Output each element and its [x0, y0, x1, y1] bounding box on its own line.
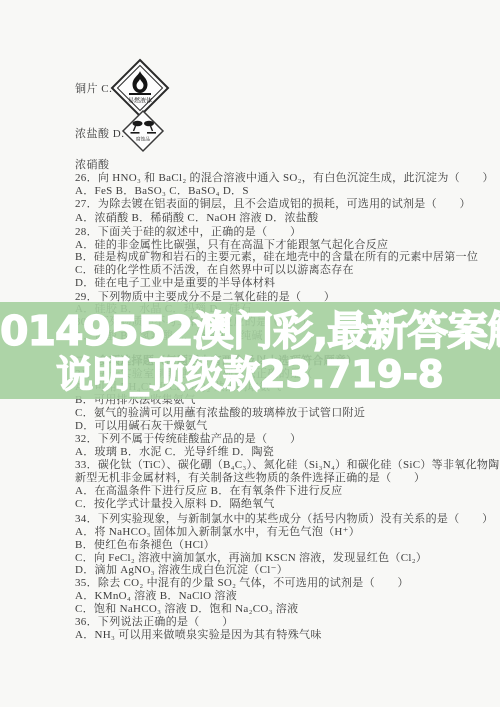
- exam-text-line: B．硅是构成矿物和岩石的主要元素，硅在地壳中的含量在所有的元素中居第一位: [75, 251, 478, 263]
- exam-paper-page: 铜片 C. 易燃液体 浓盐酸 D. 腐蚀品 浓硝酸 26．向 HNO₃ 和 Ba…: [0, 0, 500, 707]
- exam-text-line: 34．下列实验现象，与新制氯水中的某些成分（括号内物质）没有关系的是（ ）: [75, 513, 493, 525]
- exam-text-line: C．饱和 NaHCO₃ 溶液 D．饱和 Na₂CO₃ 溶液: [75, 603, 298, 615]
- exam-text-line: A．玻璃 B．水泥 C．光导纤维 D．陶瓷: [75, 446, 274, 458]
- exam-text-line: C．向 FeCl₂ 溶液中滴加氯水，再滴加 KSCN 溶液，发现显红色（Cl₂）: [75, 552, 427, 564]
- exam-text-line: A．FeS B．BaSO₃ C．BaSO₄ D．S: [75, 185, 249, 197]
- exam-text-line: A．在高温条件下进行反应 B．在有氧条件下进行反应: [75, 485, 343, 497]
- exam-text-line: 35．除去 CO₂ 中混有的少量 SO₂ 气体，不可选用的试剂是（ ）: [75, 577, 409, 589]
- watermark-band: 0149552澳门彩,最新答案解析 说明_顶级款23.719-8: [0, 302, 500, 399]
- exam-text-line: D．滴加 AgNO₃ 溶液生成白色沉淀（Cl⁻）: [75, 564, 288, 576]
- exam-text-line: 32．下列不属于传统硅酸盐产品的是（ ）: [75, 433, 301, 445]
- exam-text-line: C．氨气的验满可以用蘸有浓盐酸的玻璃棒放于试管口附近: [75, 407, 365, 419]
- exam-text-line: B．使红色布条褪色（HCl）: [75, 539, 215, 551]
- exam-text-line: 28．下面关于硅的叙述中，正确的是（ ）: [75, 226, 301, 238]
- exam-text-line: 新型无机非金属材料，有关制备这些物质的条件选择正确的是（ ）: [75, 472, 425, 484]
- exam-text-line: A．硅的非金属性比碳强，只有在高温下才能跟氢气起化合反应: [75, 239, 388, 251]
- watermark-text-line2: 说明_顶级款23.719-8: [0, 354, 500, 396]
- exam-text-line: 33．碳化钛（TiC）、碳化硼（B₄C₃）、氮化硅（Si₃N₄）和碳化硅（SiC…: [75, 459, 500, 471]
- exam-text-line: A．浓硝酸 B．稀硝酸 C．NaOH 溶液 D．浓盐酸: [75, 212, 318, 224]
- exam-text-line: A．KMnO₄ 溶液 B．NaClO 溶液: [75, 590, 237, 602]
- hazard-last-item-label: 浓硝酸: [75, 156, 110, 172]
- exam-text-line: A．NH₃ 可以用来做喷泉实验是因为其有特殊气味: [75, 629, 322, 641]
- watermark-text-line1: 0149552澳门彩,最新答案解析: [0, 308, 500, 354]
- exam-text-line: C．按化学式计量投入原料 D．隔绝氧气: [75, 498, 275, 510]
- exam-text-line: D．硅在电子工业中是重要的半导体材料: [75, 277, 275, 289]
- hazard-option-d-label: 浓盐酸 D.: [75, 125, 124, 141]
- corrosive-icon-label: 腐蚀品: [136, 136, 151, 143]
- exam-text-line: D．可以用碱石灰干燥氨气: [75, 420, 208, 432]
- exam-text-line: 36．下列说法正确的是（ ）: [75, 616, 234, 628]
- flammable-icon-label: 易燃液体: [128, 97, 152, 105]
- exam-text-line: C．硅的化学性质不活泼，在自然界中可以以游离态存在: [75, 264, 354, 276]
- exam-text-line: 26．向 HNO₃ 和 BaCl₂ 的混合溶液中通入 SO₂，有白色沉淀生成，此…: [75, 172, 494, 184]
- hazard-option-c-label: 铜片 C.: [75, 80, 112, 96]
- exam-text-line: 27．为除去镀在铝表面的铜层，且不会造成铝的损耗，可选用的试剂是（ ）: [75, 198, 471, 210]
- exam-text-line: A．将 NaHCO₃ 固体加入新制氯水中，有无色气泡（H⁺）: [75, 526, 360, 538]
- corrosive-icon: 腐蚀品: [121, 109, 165, 158]
